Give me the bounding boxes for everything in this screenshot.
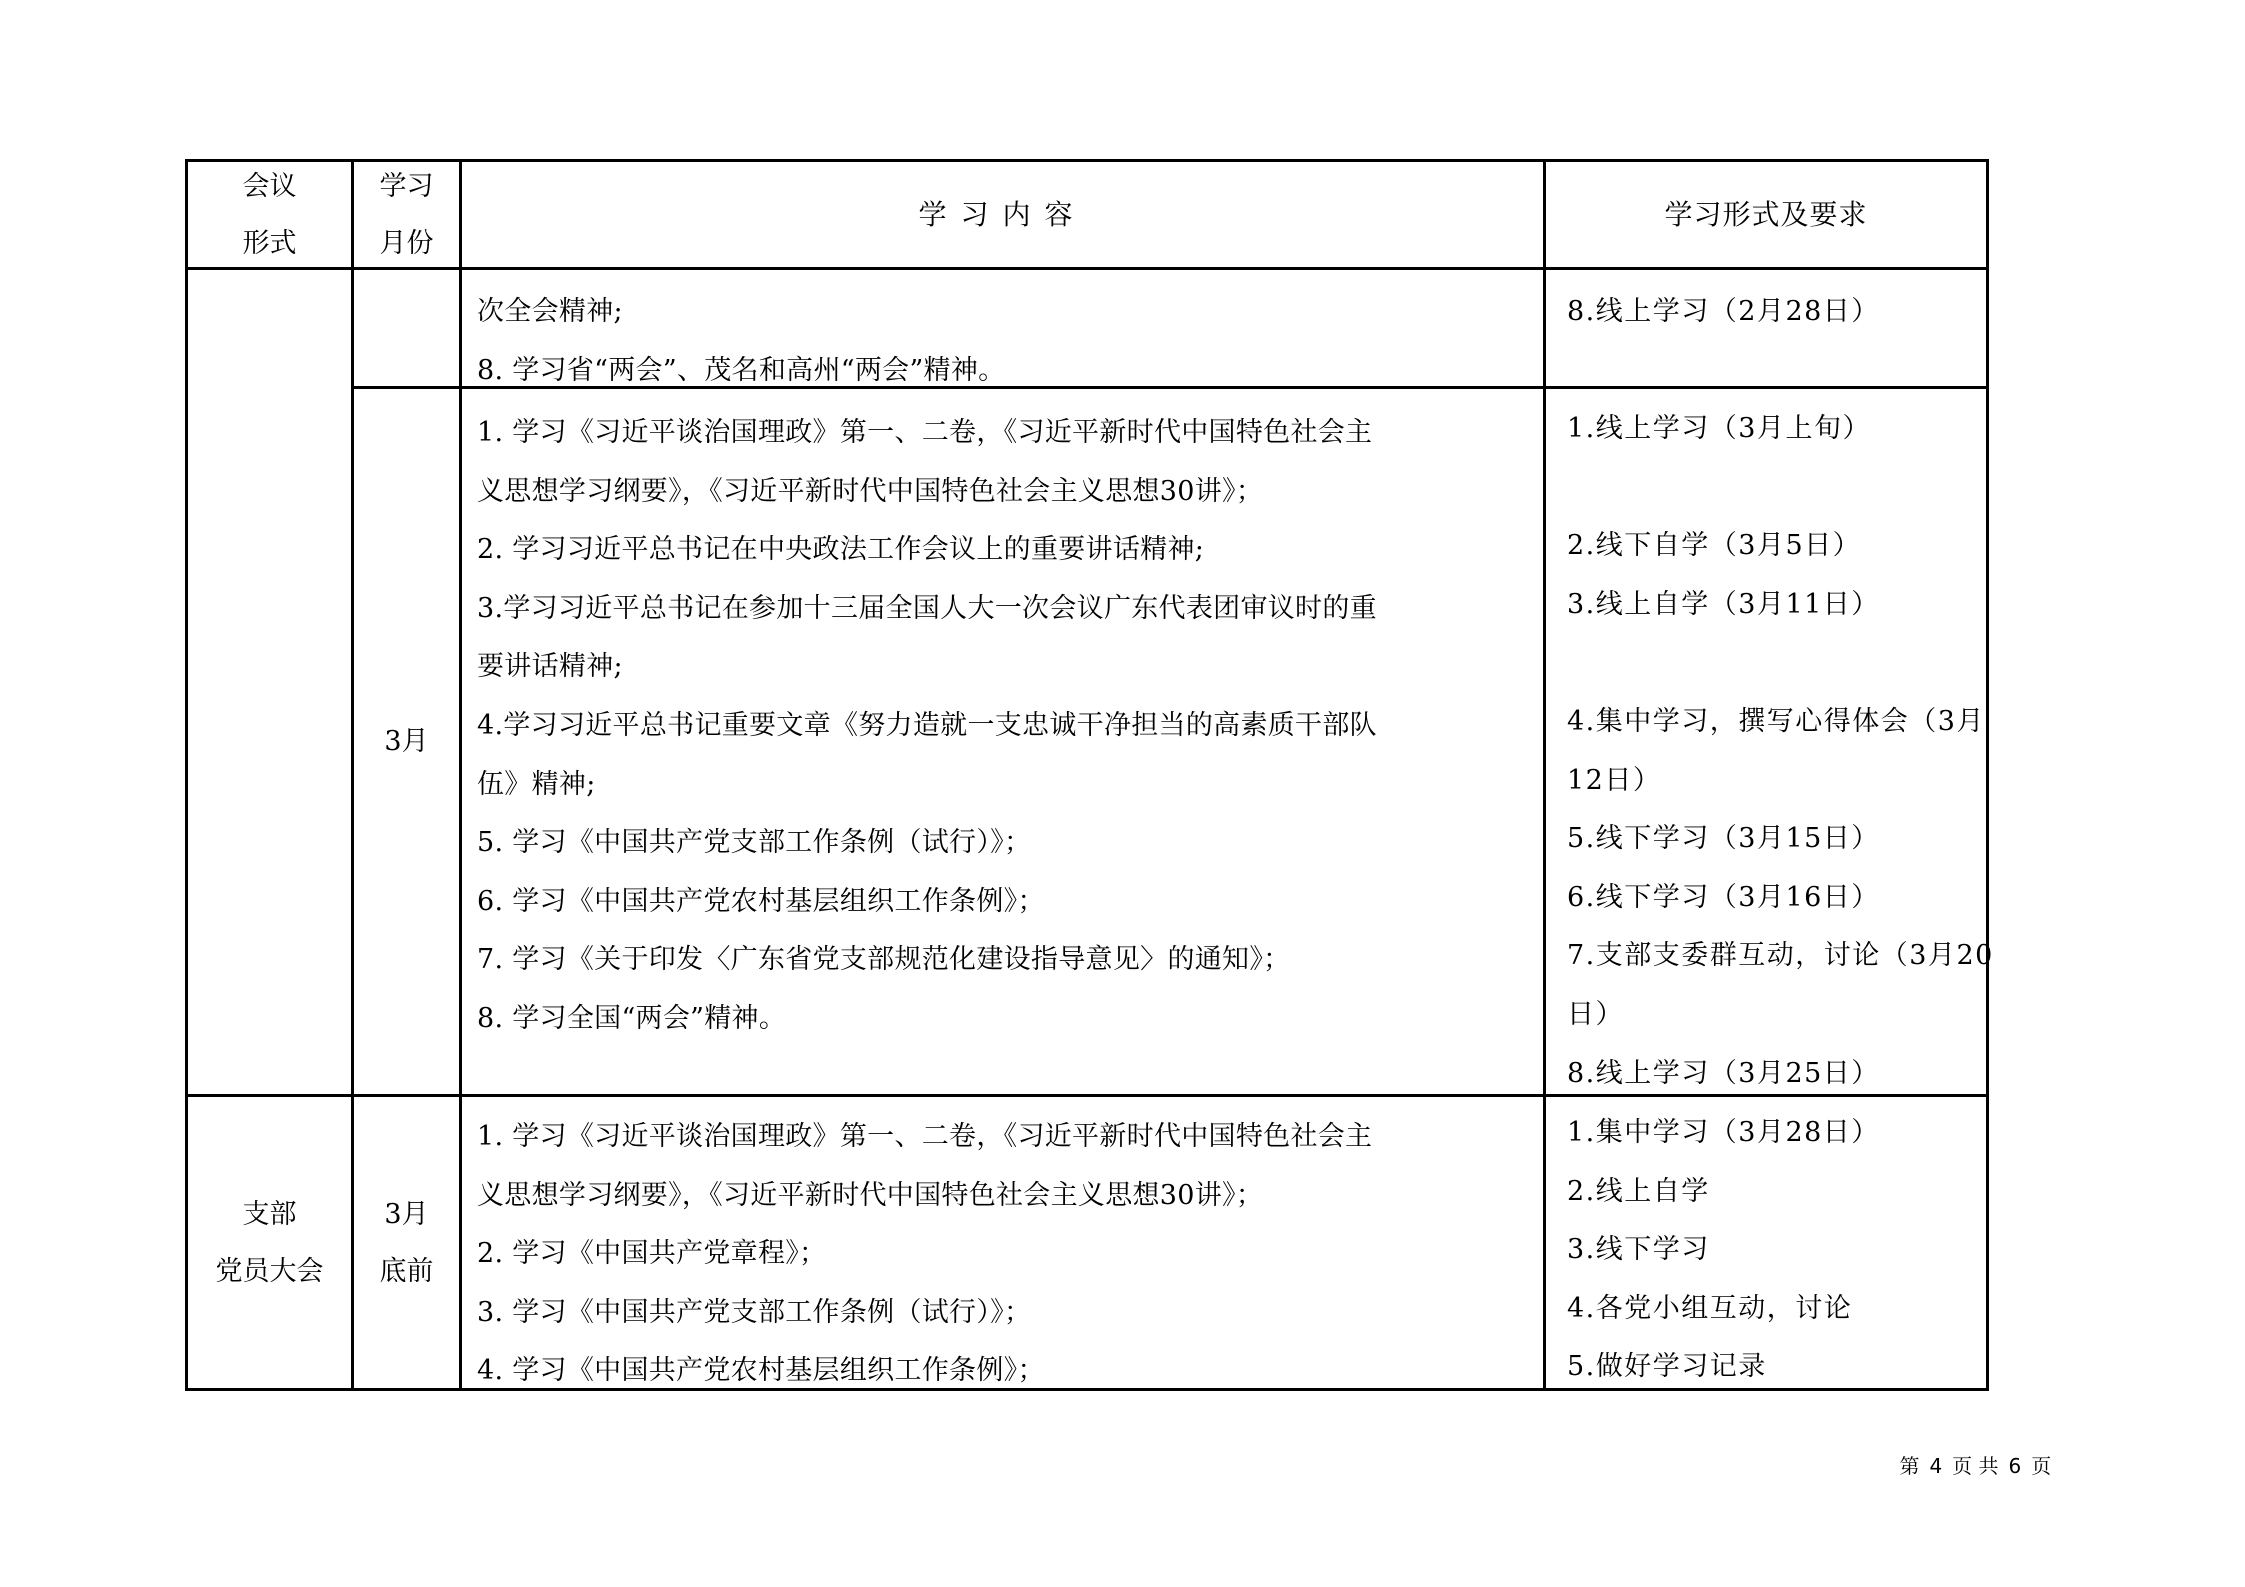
row3-month: 3月 底前 — [354, 1097, 459, 1388]
row2-content-line: 7. 学习《关于印发〈广东省党支部规范化建设指导意见〉的通知》； — [477, 931, 1377, 990]
row2-content-line: 8. 学习全国“两会”精神。 — [477, 990, 1377, 1049]
row1-method: 8.线上学习（2月28日） — [1567, 283, 1880, 400]
row2-method-line: 2.线下自学（3月5日） — [1567, 517, 1994, 576]
footer-prefix: 第 — [1899, 1454, 1919, 1478]
header-study-month-line1: 学习 — [380, 158, 434, 215]
row2-month: 3月 — [354, 389, 459, 1094]
row3-method-line: 4.各党小组互动，讨论 — [1567, 1280, 1880, 1339]
header-meeting-form: 会议 形式 — [188, 162, 351, 267]
header-study-content: 学习内容 — [462, 162, 1543, 267]
col-divider-3 — [1543, 159, 1546, 1391]
row2-month-label: 3月 — [384, 713, 428, 770]
row1-content: 次全会精神; 8. 学习省“两会”、茂名和高州“两会”精神。 — [477, 283, 1005, 400]
row2-content-line: 要讲话精神; — [477, 638, 1377, 697]
row3-content-line: 3. 学习《中国共产党支部工作条例（试行）》； — [477, 1284, 1372, 1343]
row3-month-line2: 底前 — [380, 1243, 434, 1300]
footer-suffix: 页 — [2031, 1454, 2051, 1478]
row3-month-line1: 3月 — [384, 1186, 428, 1243]
page-footer: 第4页 共6页 — [1874, 1426, 2061, 1503]
header-study-method: 学习形式及要求 — [1546, 162, 1986, 267]
row1-content-line: 次全会精神; — [477, 283, 1005, 342]
row3-meeting-form: 支部 党员大会 — [188, 1097, 351, 1388]
row2-method-line: 12日） — [1567, 752, 1994, 811]
row2-content-line: 2. 学习习近平总书记在中央政法工作会议上的重要讲话精神; — [477, 521, 1377, 580]
row2-content: 1. 学习《习近平谈治国理政》第一、二卷，《习近平新时代中国特色社会主 义思想学… — [477, 404, 1377, 1107]
row2-content-line: 义思想学习纲要》，《习近平新时代中国特色社会主义思想30讲》； — [477, 463, 1377, 522]
row3-method-line: 5.做好学习记录 — [1567, 1338, 1880, 1397]
row2-content-line: 4.学习习近平总书记重要文章《努力造就一支忠诚干净担当的高素质干部队 — [477, 697, 1377, 756]
row2-method-line: 4.集中学习，撰写心得体会（3月 — [1567, 693, 1994, 752]
col-divider-2 — [459, 159, 462, 1391]
row2-method: 1.线上学习（3月上旬） 2.线下自学（3月5日） 3.线上自学（3月11日） … — [1567, 400, 1994, 1103]
header-study-content-label: 学习内容 — [918, 186, 1086, 243]
header-divider — [185, 267, 1988, 270]
row2-content-line: 6. 学习《中国共产党农村基层组织工作条例》； — [477, 873, 1377, 932]
header-study-method-label: 学习形式及要求 — [1664, 186, 1867, 243]
row3-method-line: 1.集中学习（3月28日） — [1567, 1104, 1880, 1163]
row3-content-line: 1. 学习《习近平谈治国理政》第一、二卷，《习近平新时代中国特色社会主 — [477, 1108, 1372, 1167]
header-meeting-form-line2: 形式 — [243, 215, 297, 272]
row2-method-line — [1567, 459, 1994, 518]
row3-meeting-form-line1: 支部 — [243, 1186, 297, 1243]
footer-total-pages: 6 — [2009, 1454, 2022, 1478]
row2-method-line: 7.支部支委群互动，讨论（3月20 — [1567, 927, 1994, 986]
row2-method-line: 1.线上学习（3月上旬） — [1567, 400, 1994, 459]
row2-content-line: 伍》精神; — [477, 756, 1377, 815]
header-study-month: 学习 月份 — [354, 162, 459, 267]
header-meeting-form-line1: 会议 — [243, 158, 297, 215]
row2-content-line: 5. 学习《中国共产党支部工作条例（试行）》； — [477, 814, 1377, 873]
row3-content-line: 2. 学习《中国共产党章程》； — [477, 1225, 1372, 1284]
row2-method-line: 3.线上自学（3月11日） — [1567, 576, 1994, 635]
row1-content-line: 8. 学习省“两会”、茂名和高州“两会”精神。 — [477, 342, 1005, 401]
row2-content-line: 3.学习习近平总书记在参加十三届全国人大一次会议广东代表团审议时的重 — [477, 580, 1377, 639]
row2-method-line: 日） — [1567, 986, 1994, 1045]
row2-method-line — [1567, 634, 1994, 693]
row3-content-line: 4. 学习《中国共产党农村基层组织工作条例》； — [477, 1342, 1372, 1401]
row2-method-line: 8.线上学习（3月25日） — [1567, 1045, 1994, 1104]
row3-method: 1.集中学习（3月28日） 2.线上自学 3.线下学习 4.各党小组互动，讨论 … — [1567, 1104, 1880, 1397]
row1-method-line — [1567, 342, 1880, 401]
footer-middle: 页 共 — [1952, 1454, 1998, 1478]
header-study-month-line2: 月份 — [380, 215, 434, 272]
row2-content-line — [477, 1049, 1377, 1108]
row2-method-line: 5.线下学习（3月15日） — [1567, 810, 1994, 869]
row3-method-line: 3.线下学习 — [1567, 1221, 1880, 1280]
row2-method-line: 6.线下学习（3月16日） — [1567, 869, 1994, 928]
row3-content: 1. 学习《习近平谈治国理政》第一、二卷，《习近平新时代中国特色社会主 义思想学… — [477, 1108, 1372, 1401]
footer-page-number: 4 — [1929, 1454, 1942, 1478]
row3-content-line: 义思想学习纲要》，《习近平新时代中国特色社会主义思想30讲》； — [477, 1167, 1372, 1226]
document-page: 会议 形式 学习 月份 学习内容 学习形式及要求 次全会精神; 8. 学习省“两… — [0, 0, 2245, 1587]
row3-meeting-form-line2: 党员大会 — [216, 1243, 324, 1300]
row1-method-line: 8.线上学习（2月28日） — [1567, 283, 1880, 342]
study-plan-table: 会议 形式 学习 月份 学习内容 学习形式及要求 次全会精神; 8. 学习省“两… — [185, 159, 1988, 1389]
row3-method-line: 2.线上自学 — [1567, 1163, 1880, 1222]
row2-content-line: 1. 学习《习近平谈治国理政》第一、二卷，《习近平新时代中国特色社会主 — [477, 404, 1377, 463]
